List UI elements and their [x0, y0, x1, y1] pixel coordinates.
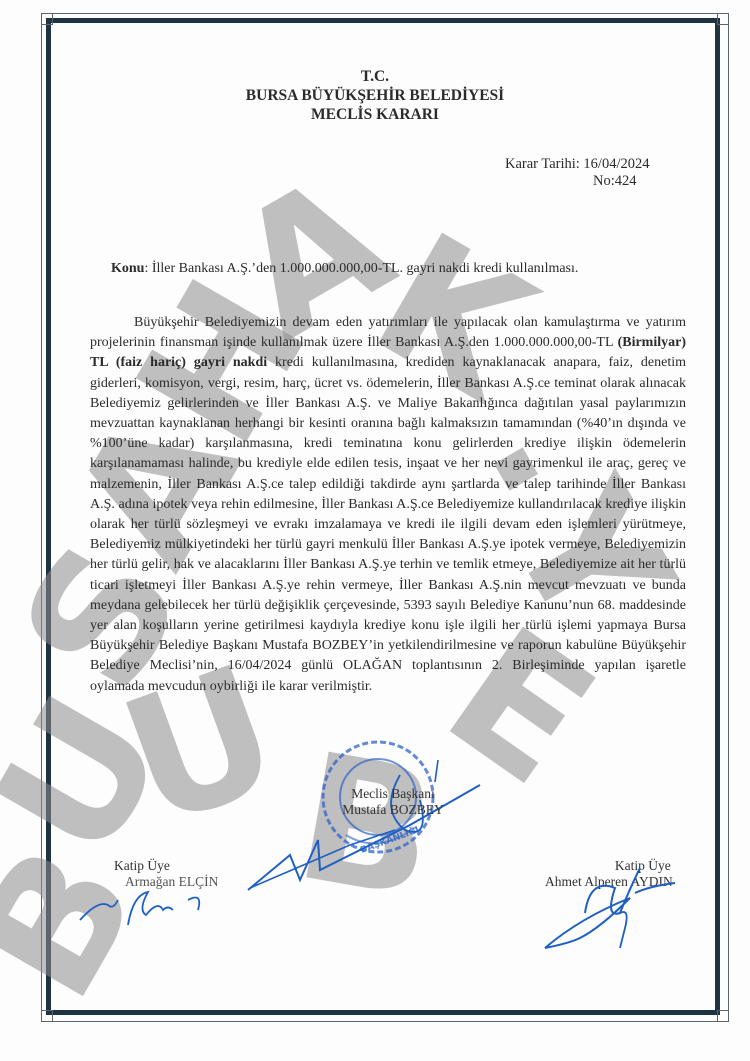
clerk-right-signature-icon: [540, 858, 690, 958]
border-corner: [717, 1010, 729, 1022]
subject-label: Konu: [111, 261, 144, 276]
signature-president: Meclis Başkanı Mustafa BOZBEY: [338, 786, 448, 818]
subject-text: : İller Bankası A.Ş.’den 1.000.000.000,0…: [144, 261, 578, 276]
subject-line: Konu: İller Bankası A.Ş.’den 1.000.000.0…: [111, 261, 578, 277]
header-institution: BURSA BÜYÜKŞEHİR BELEDİYESİ: [0, 86, 750, 105]
clerk-left-title: Katip Üye: [114, 858, 218, 874]
clerk-left-signature-icon: [78, 880, 228, 940]
president-title: Meclis Başkanı: [338, 786, 448, 802]
border-corner: [41, 13, 53, 25]
decision-meta: Karar Tarihi: 16/04/2024 No:424: [505, 156, 650, 190]
document-page: B U S A H A K . Y E B U T.C. BURSA BÜYÜK…: [0, 0, 750, 1061]
header-tc: T.C.: [0, 67, 750, 86]
decision-date: Karar Tarihi: 16/04/2024: [505, 156, 650, 173]
border-corner: [41, 1010, 53, 1022]
border-corner: [717, 13, 729, 25]
document-header: T.C. BURSA BÜYÜKŞEHİR BELEDİYESİ MECLİS …: [0, 67, 750, 124]
president-name: Mustafa BOZBEY: [338, 802, 448, 818]
body-text-2: kredi kullanılmasına, krediden kaynaklan…: [90, 355, 686, 693]
header-doc-type: MECLİS KARARI: [0, 105, 750, 124]
decision-body: Büyükşehir Belediyemizin devam eden yatı…: [90, 313, 686, 697]
body-text-1: Büyükşehir Belediyemizin devam eden yatı…: [90, 315, 686, 350]
decision-number: No:424: [505, 173, 650, 190]
